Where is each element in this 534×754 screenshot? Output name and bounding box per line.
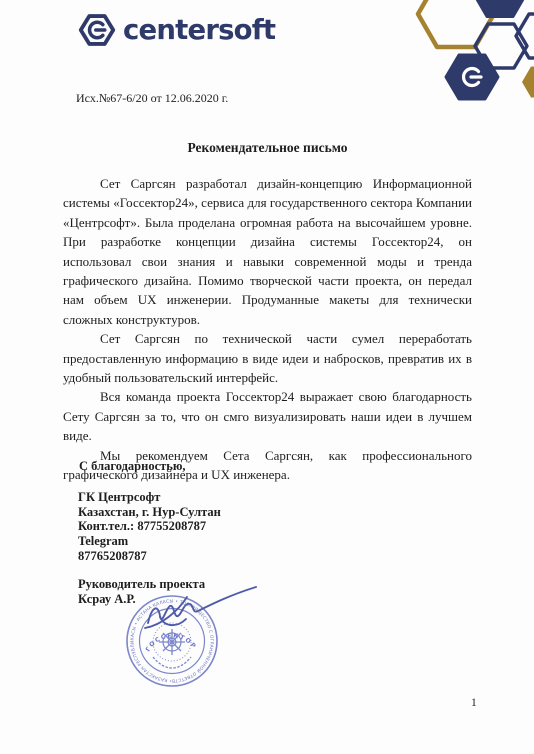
paragraph-1: Сет Саргсян разработал дизайн-концепцию … [63, 174, 472, 329]
hexagon-decoration-cluster [400, 0, 534, 112]
page-number: 1 [471, 697, 477, 709]
gold-hexagon-filled-cut-icon [522, 67, 534, 98]
navy-hexagon-g-icon [446, 55, 498, 99]
closing-line: С благодарностью, [79, 459, 186, 474]
telegram-label: Telegram [78, 534, 221, 549]
company-logo: centersoft [78, 13, 275, 47]
company-name: ГК Центрсофт [78, 490, 221, 505]
stamp-ring-text: • ҚАЗАҚСТАН РЕСПУБЛИКАСЫ • АСТАНА ҚАЛАСЫ… [90, 578, 215, 684]
letter-title: Рекомендательное письмо [63, 140, 472, 156]
telegram-phone: 87765208787 [78, 549, 221, 564]
company-seal-stamp: • ҚАЗАҚСТАН РЕСПУБЛИКАСЫ • АСТАНА ҚАЛАСЫ… [90, 578, 300, 728]
paragraph-3: Вся команда проекта Госсектор24 выражает… [63, 387, 472, 445]
brand-name: centersoft [123, 15, 275, 45]
contact-phone: Конт.тел.: 87755208787 [78, 519, 221, 534]
recommendation-letter-page: centersoft Исх.№67-6/20 от 12.06.2020 г.… [0, 0, 534, 754]
company-contact-block: ГК Центрсофт Казахстан, г. Нур-Султан Ко… [78, 490, 221, 564]
outgoing-reference: Исх.№67-6/20 от 12.06.2020 г. [76, 91, 228, 106]
stamp-emblem-icon [153, 623, 191, 668]
handwritten-signature [145, 587, 256, 628]
hexagon-g-icon [78, 13, 116, 47]
company-location: Казахстан, г. Нур-Султан [78, 505, 221, 520]
letter-body: Сет Саргсян разработал дизайн-концепцию … [63, 174, 472, 485]
navy-hexagon-outline-cut-icon [516, 14, 534, 58]
navy-hexagon-filled-icon [474, 0, 526, 17]
paragraph-2: Сет Саргсян по технической части сумел п… [63, 329, 472, 387]
